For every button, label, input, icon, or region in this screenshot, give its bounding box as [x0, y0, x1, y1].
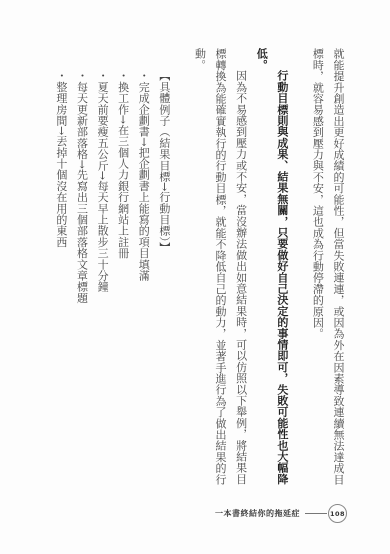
example-bullet-column: ・整理房間→丟掉十個沒在用的東西 — [50, 48, 71, 480]
paragraph-1-column: 標時，就容易感到壓力與不安，這也成為行動停滯的原因。 — [307, 48, 328, 480]
footer-book-title: 一本書終結你的拖延症 — [215, 508, 300, 519]
paragraph-2-bold-column: 行動目標則與成果、結果無關，只要做好自己決定的事情即可，失敗可能性也大幅降 — [271, 48, 292, 480]
example-bullet-column: ・夏天前要瘦五公斤→每天早上散步三十分鐘 — [91, 48, 112, 480]
paragraph-3-column: 因為不易感到壓力或不安，當沒辦法做出如意結果時，可以仿照以下舉例，將結果目 — [230, 48, 251, 480]
example-bullet-column: ・每天更新部落格→先寫出三個部落格文章標題 — [71, 48, 92, 480]
book-page: 就能提升創造出更好成績的可能性，但當失敗連連，或因為外在因素導致連續無法達成目 … — [0, 0, 390, 554]
paragraph-3-column: 標轉換為能確實執行的行動目標，就能不降低自己的動力，並著手進行為了做出結果的行 — [209, 48, 230, 480]
example-bullet-column: ・換工作→在三個人力銀行網站上註冊 — [112, 48, 133, 480]
paragraph-1-column: 就能提升創造出更好成績的可能性，但當失敗連連，或因為外在因素導致連續無法達成目 — [327, 48, 348, 480]
paragraph-2-bold-column: 低。 — [251, 48, 272, 480]
example-header-column: 【具體例子（結果目標→行動目標）】 — [153, 48, 174, 480]
footer-divider-line — [305, 513, 327, 514]
page-footer: 一本書終結你的拖延症 108 — [215, 504, 347, 523]
page-number-badge: 108 — [328, 504, 347, 523]
example-bullet-column: ・完成企劃書→把企劃書上能寫的項目填滿 — [133, 48, 154, 480]
paragraph-3-column: 動。 — [189, 48, 210, 480]
page-body-text: 就能提升創造出更好成績的可能性，但當失敗連連，或因為外在因素導致連續無法達成目 … — [50, 48, 348, 480]
